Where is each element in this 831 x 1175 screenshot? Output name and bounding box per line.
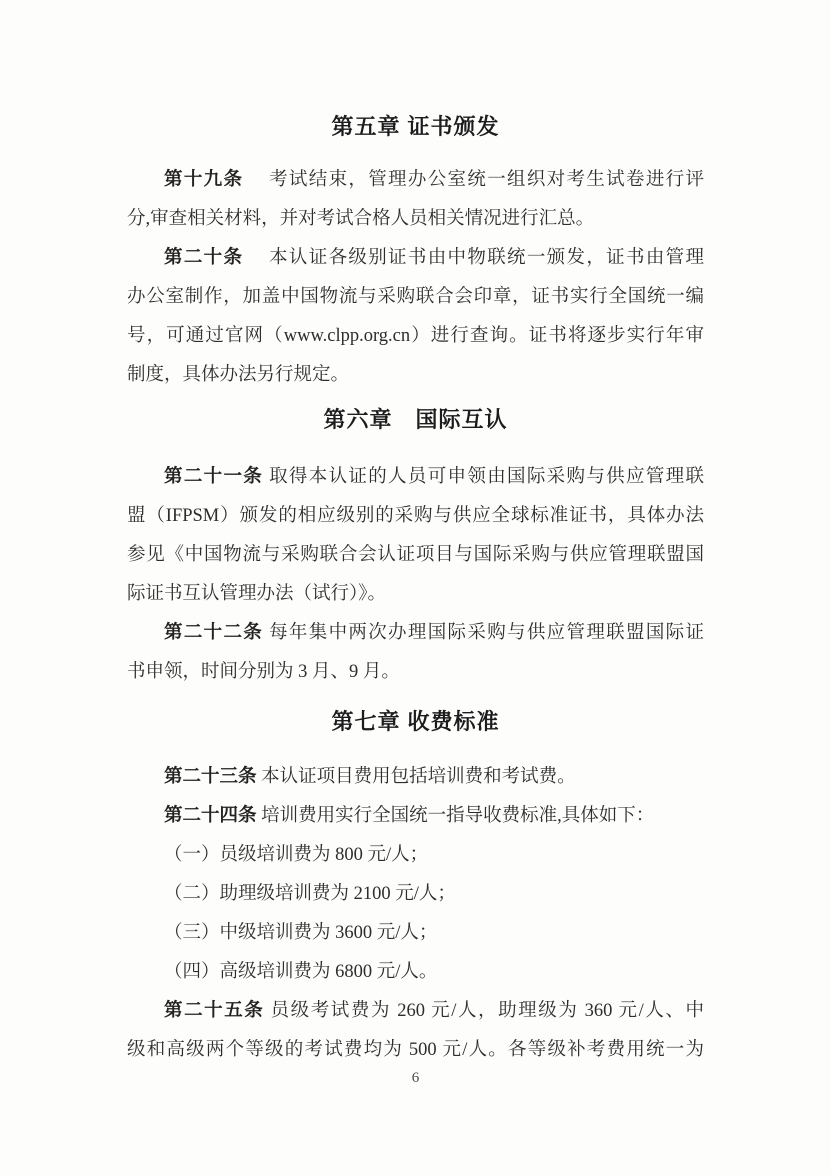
fee-item-2: （二）助理级培训费为 2100 元/人；	[127, 875, 704, 914]
article24-text: 培训费用实行全国统一指导收费标准,具体如下：	[257, 806, 655, 826]
article24-line1: 第二十四条 培训费用实行全国统一指导收费标准,具体如下：	[127, 797, 704, 836]
article20-line1-text: 本认证各级别证书由中物联统一颁发，证书由管理	[243, 248, 704, 268]
article21-line3: 参见《中国物流与采购联合会认证项目与国际采购与供应管理联盟国	[127, 536, 704, 575]
article19-line1-text: 考试结束，管理办公室统一组织对考生试卷进行评	[243, 170, 704, 190]
article24-label: 第二十四条	[164, 806, 257, 826]
article22-line2: 书申领，时间分别为 3 月、9 月。	[127, 653, 704, 692]
chapter7-heading: 第七章 收费标准	[127, 706, 704, 738]
article20-line4: 制度，具体办法另行规定。	[127, 356, 704, 395]
article21-line1: 第二十一条 取得本认证的人员可申领由国际采购与供应管理联	[127, 458, 704, 497]
article23-label: 第二十三条	[164, 767, 257, 787]
page-number: 6	[127, 1070, 704, 1087]
article25-label: 第二十五条	[164, 1001, 264, 1021]
article21-line2: 盟（IFPSM）颁发的相应级别的采购与供应全球标准证书，具体办法	[127, 497, 704, 536]
article23-text: 本认证项目费用包括培训费和考试费。	[257, 767, 576, 787]
article19-label: 第十九条	[164, 170, 243, 190]
fee-item-1: （一）员级培训费为 800 元/人；	[127, 836, 704, 875]
article20-line2: 办公室制作，加盖中国物流与采购联合会印章，证书实行全国统一编	[127, 278, 704, 317]
chapter5-heading: 第五章 证书颁发	[127, 111, 704, 143]
article22-line1: 第二十二条 每年集中两次办理国际采购与供应管理联盟国际证	[127, 614, 704, 653]
article20-line3: 号，可通过官网（www.clpp.org.cn）进行查询。证书将逐步实行年审	[127, 317, 704, 356]
chapter6-heading: 第六章 国际互认	[127, 404, 704, 436]
article25-line1: 第二十五条 员级考试费为 260 元/人，助理级为 360 元/人、中	[127, 992, 704, 1031]
article21-line1-text: 取得本认证的人员可申领由国际采购与供应管理联	[263, 467, 704, 487]
article22-label: 第二十二条	[164, 623, 263, 643]
article19-line1: 第十九条 考试结束，管理办公室统一组织对考生试卷进行评	[127, 161, 704, 200]
article19-line2: 分,审查相关材料，并对考试合格人员相关情况进行汇总。	[127, 200, 704, 239]
article23-line1: 第二十三条 本认证项目费用包括培训费和考试费。	[127, 758, 704, 797]
document-page: 第五章 证书颁发 第十九条 考试结束，管理办公室统一组织对考生试卷进行评 分,审…	[0, 0, 831, 1175]
article21-line4: 际证书互认管理办法（试行）》。	[127, 575, 704, 614]
page-content: 第五章 证书颁发 第十九条 考试结束，管理办公室统一组织对考生试卷进行评 分,审…	[127, 111, 704, 1087]
fee-item-4: （四）高级培训费为 6800 元/人。	[127, 953, 704, 992]
article20-label: 第二十条	[164, 248, 243, 268]
article20-line1: 第二十条 本认证各级别证书由中物联统一颁发，证书由管理	[127, 239, 704, 278]
article25-line1-text: 员级考试费为 260 元/人，助理级为 360 元/人、中	[264, 1001, 704, 1021]
article22-line1-text: 每年集中两次办理国际采购与供应管理联盟国际证	[263, 623, 704, 643]
fee-item-3: （三）中级培训费为 3600 元/人；	[127, 914, 704, 953]
article25-line2: 级和高级两个等级的考试费均为 500 元/人。各等级补考费用统一为	[127, 1031, 704, 1070]
article21-label: 第二十一条	[164, 467, 263, 487]
